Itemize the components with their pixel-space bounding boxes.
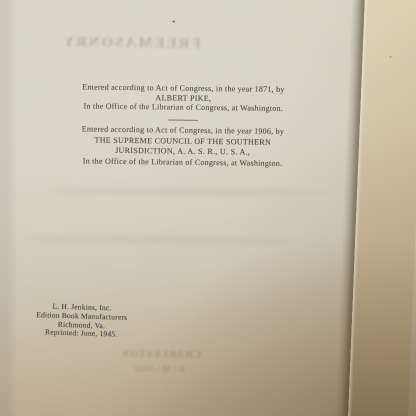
copyright-notice-1871: Entered according to Act of Congress, in… <box>33 82 333 114</box>
divider-rule <box>168 120 198 121</box>
showthrough-city-text: CHARLESTON <box>114 349 208 361</box>
paper-speck <box>389 56 391 58</box>
showthrough-smudge <box>50 186 330 197</box>
book-copyright-page-photo: FREEMASONRY Entered according to Act of … <box>0 0 416 416</box>
showthrough-smudge <box>25 234 305 246</box>
showthrough-title-text: FREEMASONRY <box>58 34 204 53</box>
printer-imprint: L. H. Jenkins, Inc. Edition Book Manufac… <box>21 302 142 341</box>
copyright-notice-1906: Entered according to Act of Congress, in… <box>33 124 333 170</box>
paper-speck <box>172 21 175 23</box>
showthrough-date-text: A∴ M∴ 5632 <box>120 363 200 375</box>
